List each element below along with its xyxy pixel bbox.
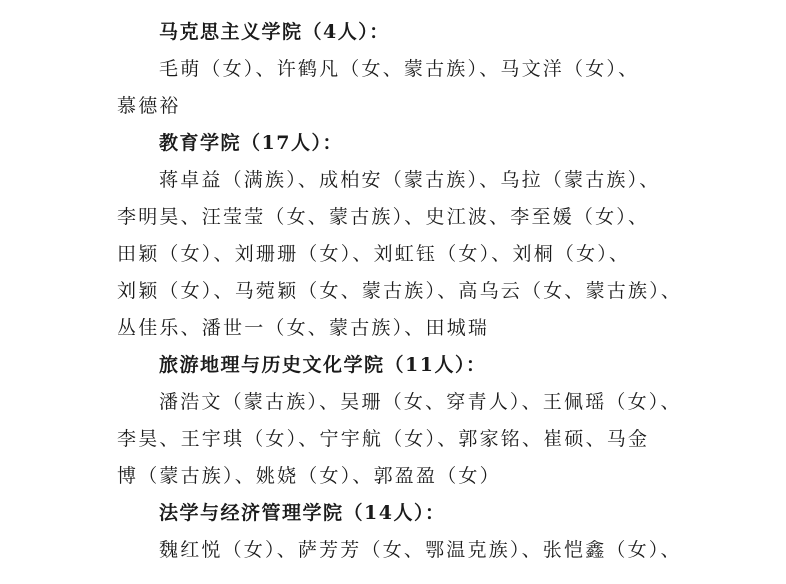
name-list-line: 慕德裕 [117, 88, 677, 125]
document-page: 马克思主义学院（4人）： 毛萌（女）、许鹤凡（女、蒙古族）、马文洋（女）、 慕德… [117, 14, 677, 569]
name-list-line: 李昊、王宇琪（女）、宁宇航（女）、郭家铭、崔硕、马金 [117, 421, 677, 458]
name-list-line: 田颖（女）、刘珊珊（女）、刘虹钰（女）、刘桐（女）、 [117, 236, 677, 273]
section-heading-marxism: 马克思主义学院（4人）： [117, 14, 677, 51]
name-list-line: 丛佳乐、潘世一（女、蒙古族）、田城瑞 [117, 310, 677, 347]
name-list-line: 博（蒙古族）、姚娆（女）、郭盈盈（女） [117, 458, 677, 495]
section-heading-tourism-history: 旅游地理与历史文化学院（11人）： [117, 347, 677, 384]
name-list-line: 刘颖（女）、马菀颖（女、蒙古族）、高乌云（女、蒙古族）、 [117, 273, 677, 310]
section-heading-law-economics: 法学与经济管理学院（14人）： [117, 495, 677, 532]
name-list-line: 魏红悦（女）、萨芳芳（女、鄂温克族）、张恺鑫（女）、 [117, 532, 677, 569]
name-list-line: 李明昊、汪莹莹（女、蒙古族）、史江波、李至媛（女）、 [117, 199, 677, 236]
name-list-line: 潘浩文（蒙古族）、吴珊（女、穿青人）、王佩瑶（女）、 [117, 384, 677, 421]
name-list-line: 蒋卓益（满族）、成柏安（蒙古族）、乌拉（蒙古族）、 [117, 162, 677, 199]
section-heading-education: 教育学院（17人）： [117, 125, 677, 162]
name-list-line: 毛萌（女）、许鹤凡（女、蒙古族）、马文洋（女）、 [117, 51, 677, 88]
